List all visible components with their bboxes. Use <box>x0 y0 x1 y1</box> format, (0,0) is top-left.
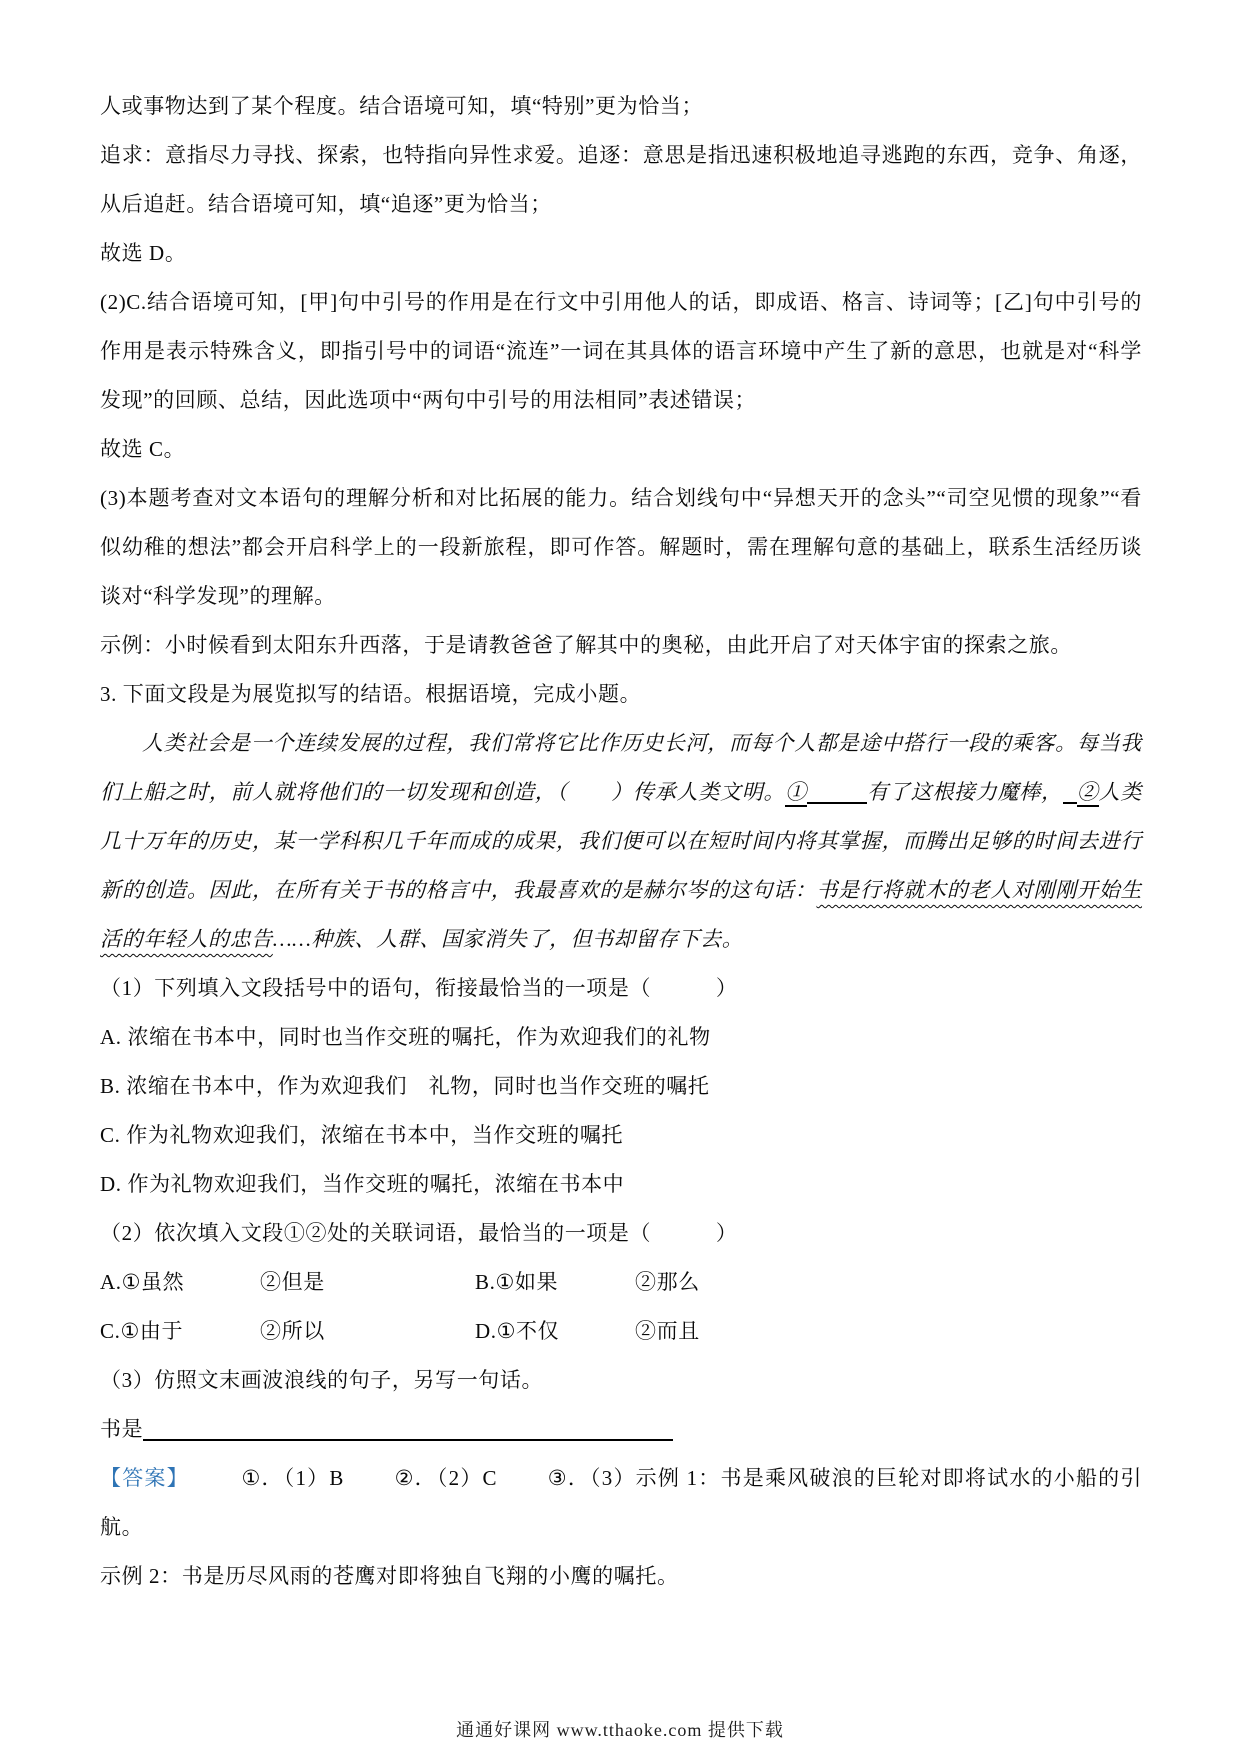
explanation-question-3: (3)本题考查对文本语句的理解分析和对比拓展的能力。结合划线句中“异想天开的念头… <box>100 474 1142 621</box>
sub-question-2-stem: （2）依次填入文段①②处的关联词语，最恰当的一项是（ ） <box>100 1209 1142 1258</box>
underlined-marker: ② <box>1077 780 1099 807</box>
answer-line: 【答案】①．（1）B②．（2）C③．（3）示例 1：书是乘风破浪的巨轮对即将试水… <box>100 1454 1142 1552</box>
choice-cell: D.①不仅 <box>475 1307 635 1356</box>
text-segment: 故选 C。 <box>100 437 185 461</box>
text-segment: 有了这根接力魔棒， <box>867 780 1063 804</box>
choice-cell: ②所以 <box>260 1307 475 1356</box>
text-segment: (3)本题考查对文本语句的理解分析和对比拓展的能力。结合划线句中“异想天开的念头… <box>100 486 1142 608</box>
text-segment: 人或事物达到了某个程度。结合语境可知，填“特别”更为恰当； <box>100 94 703 118</box>
sub-question-1-stem: （1）下列填入文段括号中的语句，衔接最恰当的一项是（ ） <box>100 964 1142 1013</box>
text-segment: ②．（2）C <box>394 1466 497 1490</box>
choice-1-c: C. 作为礼物欢迎我们，浓缩在书本中，当作交班的嘱托 <box>100 1111 1142 1160</box>
choice-cell: C.①由于 <box>100 1307 260 1356</box>
example-answer-2: 示例 2：书是历尽风雨的苍鹰对即将独自飞翔的小鹰的嘱托。 <box>100 1552 1142 1601</box>
choice-cell: ②但是 <box>260 1258 475 1307</box>
question-3-stem: 3. 下面文段是为展览拟写的结语。根据语境，完成小题。 <box>100 670 1142 719</box>
text-segment: (2)C.结合语境可知，[甲]句中引号的作用是在行文中引用他人的话，即成语、格言… <box>100 290 1142 412</box>
text-segment: 书是 <box>100 1417 143 1441</box>
choice-cell: ②而且 <box>635 1307 700 1356</box>
text-segment: ①．（1）B <box>241 1466 344 1490</box>
text-segment: ……种族、人群、国家消失了，但书却留存下去。 <box>273 927 744 951</box>
choice-cell: A.①虽然 <box>100 1258 260 1307</box>
text-segment: 3. 下面文段是为展览拟写的结语。根据语境，完成小题。 <box>100 682 641 706</box>
answer-conclusion-d: 故选 D。 <box>100 229 1142 278</box>
document-body: 人或事物达到了某个程度。结合语境可知，填“特别”更为恰当；追求：意指尽力寻找、探… <box>100 82 1142 1601</box>
text-segment: A. 浓缩在书本中，同时也当作交班的嘱托，作为欢迎我们的礼物 <box>100 1025 711 1049</box>
text-segment: C. 作为礼物欢迎我们，浓缩在书本中，当作交班的嘱托 <box>100 1123 623 1147</box>
blank-line <box>143 1418 673 1441</box>
text-segment: （2）依次填入文段①②处的关联词语，最恰当的一项是（ ） <box>100 1221 738 1245</box>
choice-2-row-ab: A.①虽然②但是B.①如果②那么 <box>100 1258 1142 1307</box>
choice-2-row-cd: C.①由于②所以D.①不仅②而且 <box>100 1307 1142 1356</box>
question-3-passage: 人类社会是一个连续发展的过程，我们常将它比作历史长河，而每个人都是途中搭行一段的… <box>100 719 1142 964</box>
text-segment: 示例：小时候看到太阳东升西落，于是请教爸爸了解其中的奥秘，由此开启了对天体宇宙的… <box>100 633 1072 657</box>
choice-1-a: A. 浓缩在书本中，同时也当作交班的嘱托，作为欢迎我们的礼物 <box>100 1013 1142 1062</box>
explanation-word-choice-1: 人或事物达到了某个程度。结合语境可知，填“特别”更为恰当； <box>100 82 1142 131</box>
explanation-question-2: (2)C.结合语境可知，[甲]句中引号的作用是在行文中引用他人的话，即成语、格言… <box>100 278 1142 425</box>
blank-line <box>1063 781 1077 804</box>
choice-1-d: D. 作为礼物欢迎我们，当作交班的嘱托，浓缩在书本中 <box>100 1160 1142 1209</box>
example-answer: 示例：小时候看到太阳东升西落，于是请教爸爸了解其中的奥秘，由此开启了对天体宇宙的… <box>100 621 1142 670</box>
text-segment: （1）下列填入文段括号中的语句，衔接最恰当的一项是（ ） <box>100 976 738 1000</box>
text-segment: B. 浓缩在书本中，作为欢迎我们 礼物，同时也当作交班的嘱托 <box>100 1074 710 1098</box>
choice-cell: B.①如果 <box>475 1258 635 1307</box>
page-footer: 通通好课网 www.tthaoke.com 提供下载 <box>0 1716 1240 1742</box>
text-segment: （3）仿照文末画波浪线的句子，另写一句话。 <box>100 1368 543 1392</box>
document-page: 人或事物达到了某个程度。结合语境可知，填“特别”更为恰当；追求：意指尽力寻找、探… <box>0 0 1240 1754</box>
underlined-marker: ① <box>785 780 807 807</box>
choice-1-b: B. 浓缩在书本中，作为欢迎我们 礼物，同时也当作交班的嘱托 <box>100 1062 1142 1111</box>
text-segment: 故选 D。 <box>100 241 186 265</box>
text-segment: D. 作为礼物欢迎我们，当作交班的嘱托，浓缩在书本中 <box>100 1172 624 1196</box>
answer-conclusion-c: 故选 C。 <box>100 425 1142 474</box>
choice-cell: ②那么 <box>635 1258 700 1307</box>
answer-label: 【答案】 <box>100 1466 189 1490</box>
sub-question-3-stem: （3）仿照文末画波浪线的句子，另写一句话。 <box>100 1356 1142 1405</box>
fill-in-line: 书是 <box>100 1405 1142 1454</box>
text-segment: 示例 2：书是历尽风雨的苍鹰对即将独自飞翔的小鹰的嘱托。 <box>100 1564 679 1588</box>
blank-line <box>807 781 867 804</box>
text-segment: 追求：意指尽力寻找、探索，也特指向异性求爱。追逐：意思是指迅速积极地追寻逃跑的东… <box>100 143 1142 216</box>
explanation-word-choice-2: 追求：意指尽力寻找、探索，也特指向异性求爱。追逐：意思是指迅速积极地追寻逃跑的东… <box>100 131 1142 229</box>
